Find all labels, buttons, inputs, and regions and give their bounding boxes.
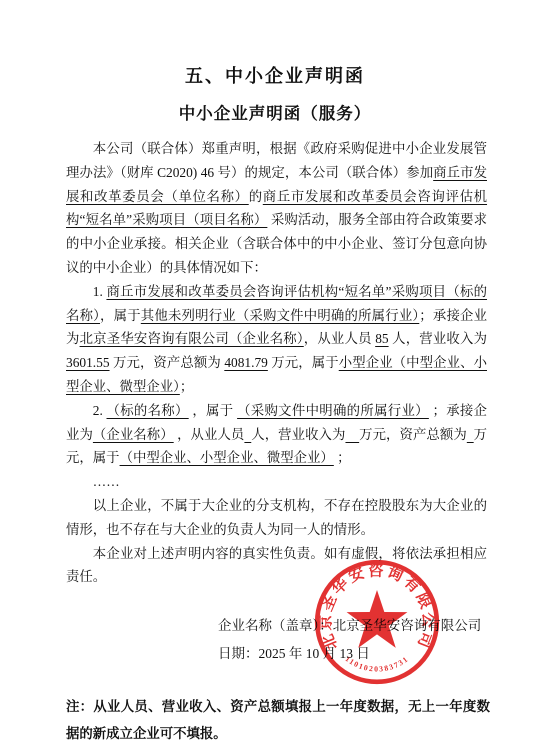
date-label: 日期： [218,646,259,661]
underlined-field: （采购文件中明确的所属行业） [237,403,429,418]
ellipsis-line: …… [66,470,487,494]
text-run: ，从业人员 [304,331,375,346]
text-run: 本公司（联合体）郑重声明，根据《政府采购促进中小企业发展管理办法》（财库 C20… [66,141,487,180]
text-run: 1. [93,284,107,299]
document-title: 中小企业声明函（服务） [0,100,550,124]
company-name-value: 北京圣华安咨询有限公司 [333,618,482,633]
text-run: 万元，资产总额为 [110,355,225,370]
underlined-field: （中型企业、小型企业、微型企业） [120,450,334,465]
text-run: ，属于 [100,308,141,323]
footnote-text: 从业人员、营业收入、资产总额填报上一年度数据，无上一年度数据的新成立企业可不填报… [66,699,490,741]
declaration-body: 本公司（联合体）郑重声明，根据《政府采购促进中小企业发展管理办法》（财库 C20… [66,137,487,589]
underlined-field: 85 [375,331,388,346]
text-run: 2. [93,403,107,418]
date-value: 2025 年 10 月 13 日 [259,646,370,661]
text-run: …… [93,474,120,489]
text-run: ； [334,450,351,465]
section-title: 五、中小企业声明函 [0,62,550,88]
underlined-field [345,427,359,442]
company-seal-line: 企业名称（盖章）：北京圣华安咨询有限公司 [218,612,481,640]
underlined-field: 3601.55 [66,355,110,370]
text-run: 的 [249,189,263,204]
date-line: 日期：2025 年 10 月 13 日 [218,640,481,668]
text-run: 以上企业，不属于大企业的分支机构，不存在控股股东为大企业的情形，也不存在与大企业… [66,498,487,537]
item-2-paragraph: 2. （标的名称） ，属于 （采购文件中明确的所属行业） ；承接企业为（企业名称… [66,399,487,470]
underlined-field: （标的名称） [107,403,189,418]
underlined-field [467,427,474,442]
underlined-field: 4081.79 [224,355,268,370]
intro-paragraph: 本公司（联合体）郑重声明，根据《政府采购促进中小企业发展管理办法》（财库 C20… [66,137,487,280]
underlined-field: （企业名称） [93,427,174,442]
text-run: ； [180,379,193,394]
text-run: 人，营业收入为 [251,427,345,442]
company-name-label: 企业名称（盖章）： [218,618,333,633]
footnote-label: 注： [66,699,93,714]
underlined-field: 北京圣华安咨询有限公司（企业名称） [80,331,304,346]
text-run: 人，营业收入为 [389,331,487,346]
text-run: 万元，属于 [268,355,339,370]
large-enterprise-clause: 以上企业，不属于大企业的分支机构，不存在控股股东为大企业的情形，也不存在与大企业… [66,494,487,542]
text-run: ，从业人员 [174,427,245,442]
responsibility-clause: 本企业对上述声明内容的真实性负责。如有虚假，将依法承担相应责任。 [66,542,487,590]
footnote: 注：从业人员、营业收入、资产总额填报上一年度数据，无上一年度数据的新成立企业可不… [66,694,490,747]
text-run: 万元，资产总额为 [359,427,467,442]
text-run: ，属于 [189,403,237,418]
underlined-field: 其他未列明行业（采购文件中明确的所属行业） [141,308,419,323]
item-1-paragraph: 1. 商丘市发展和改革委员会咨询评估机构“短名单”采购项目（标的名称），属于其他… [66,280,487,399]
declaration-document-page: 五、中小企业声明函 中小企业声明函（服务） 本公司（联合体）郑重声明，根据《政府… [0,0,550,748]
text-run: 本企业对上述声明内容的真实性负责。如有虚假，将依法承担相应责任。 [66,546,487,585]
signature-block: 企业名称（盖章）：北京圣华安咨询有限公司 日期：2025 年 10 月 13 日 [218,612,481,668]
